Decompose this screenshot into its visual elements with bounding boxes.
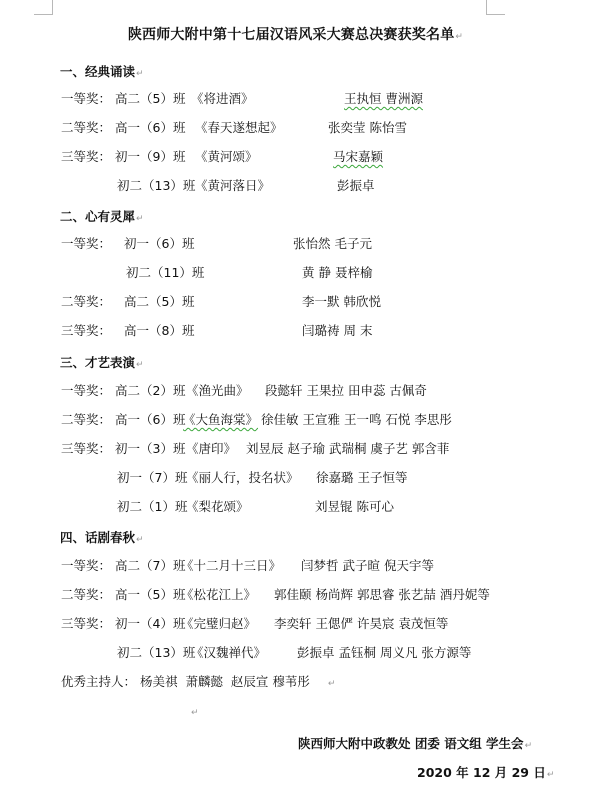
hosts-line: 优秀主持人： 杨美祺 萧麟懿 赵辰宣 穆苇彤 ↵ bbox=[61, 672, 335, 690]
page-corner-mark-right bbox=[486, 0, 505, 15]
award-row: 二等奖： 高二（5）班 李一默 韩欣悦 bbox=[61, 292, 581, 310]
award-row: 三等奖： 高一（8）班 闫璐祷 周 末 bbox=[61, 321, 581, 339]
paragraph-mark-icon: ↵ bbox=[136, 69, 144, 79]
page-corner-mark-left bbox=[34, 0, 53, 15]
empty-paragraph: ↵ bbox=[190, 703, 199, 718]
paragraph-mark-icon: ↵ bbox=[191, 708, 199, 718]
signature-org: 陕西师大附中政教处 团委 语文组 学生会↵ bbox=[298, 734, 532, 752]
award-row: 一等奖： 初一（6）班 张怡然 毛子元 bbox=[61, 234, 581, 252]
award-row: 初二（13）班 《黄河落日》 彭振卓 bbox=[61, 176, 581, 194]
paragraph-mark-icon: ↵ bbox=[136, 360, 144, 370]
section-heading: 一、经典诵读↵ bbox=[60, 62, 144, 80]
section-heading: 三、才艺表演↵ bbox=[60, 353, 144, 371]
award-row: 三等奖： 初一（9）班 《黄河颂》 马宋嘉颖 bbox=[61, 147, 581, 165]
paragraph-mark-icon: ↵ bbox=[547, 770, 555, 780]
award-row: 二等奖： 高一（5）班 《松花江上》 郭佳颐 杨尚辉 郭思睿 张艺喆 酒丹妮等 bbox=[61, 585, 591, 603]
hosts-names: 杨美祺 萧麟懿 赵辰宣 穆苇彤 bbox=[140, 674, 310, 689]
section-heading: 四、话剧春秋↵ bbox=[60, 528, 144, 546]
document-title: 陕西师大附中第十七届汉语风采大赛总决赛获奖名单↵ bbox=[0, 24, 591, 44]
award-row: 二等奖： 高一（6）班 《春天遂想起》 张奕莹 陈怡雪 bbox=[61, 118, 581, 136]
award-row: 二等奖： 高一（6）班 《大鱼海棠》 徐佳敏 王宣雅 王一鸣 石悦 李思彤 bbox=[61, 410, 581, 428]
award-row: 初二（1）班 《梨花颂》 刘昱锟 陈可心 bbox=[61, 497, 581, 515]
award-row: 一等奖： 高二（5）班 《将进酒》 王执恒 曹洲源 bbox=[61, 89, 581, 107]
award-row: 初一（7）班 《丽人行，投名状》 徐嘉璐 王子恒等 bbox=[61, 468, 581, 486]
section-heading: 二、心有灵犀↵ bbox=[60, 207, 144, 225]
paragraph-mark-icon: ↵ bbox=[328, 679, 336, 689]
award-row: 三等奖： 初一（3）班 《唐印》 刘昱辰 赵子瑜 武瑞桐 虞子艺 郭含菲 bbox=[61, 439, 581, 457]
award-row: 三等奖： 初一（4）班 《完璧归赵》 李奕轩 王偲俨 许昊宸 袁茂恒等 bbox=[61, 614, 591, 632]
award-row: 初二（13）班 《汉魏禅代》 彭振卓 孟钰桐 周义凡 张方源等 bbox=[61, 643, 591, 661]
award-row: 一等奖： 高二（2）班 《渔光曲》 段懿轩 王果拉 田申蕊 古佩奇 bbox=[61, 381, 581, 399]
paragraph-mark-icon: ↵ bbox=[455, 32, 463, 42]
paragraph-mark-icon: ↵ bbox=[525, 741, 533, 751]
award-row: 一等奖： 高二（7）班 《十二月十三日》 闫梦哲 武子暄 倪天宇等 bbox=[61, 556, 591, 574]
hosts-label: 优秀主持人： bbox=[61, 674, 136, 689]
signature-date: 2020 年 12 月 29 日↵ bbox=[417, 763, 554, 781]
paragraph-mark-icon: ↵ bbox=[136, 214, 144, 224]
paragraph-mark-icon: ↵ bbox=[136, 535, 144, 545]
award-row: 初二（11）班 黄 静 聂梓榆 bbox=[61, 263, 581, 281]
